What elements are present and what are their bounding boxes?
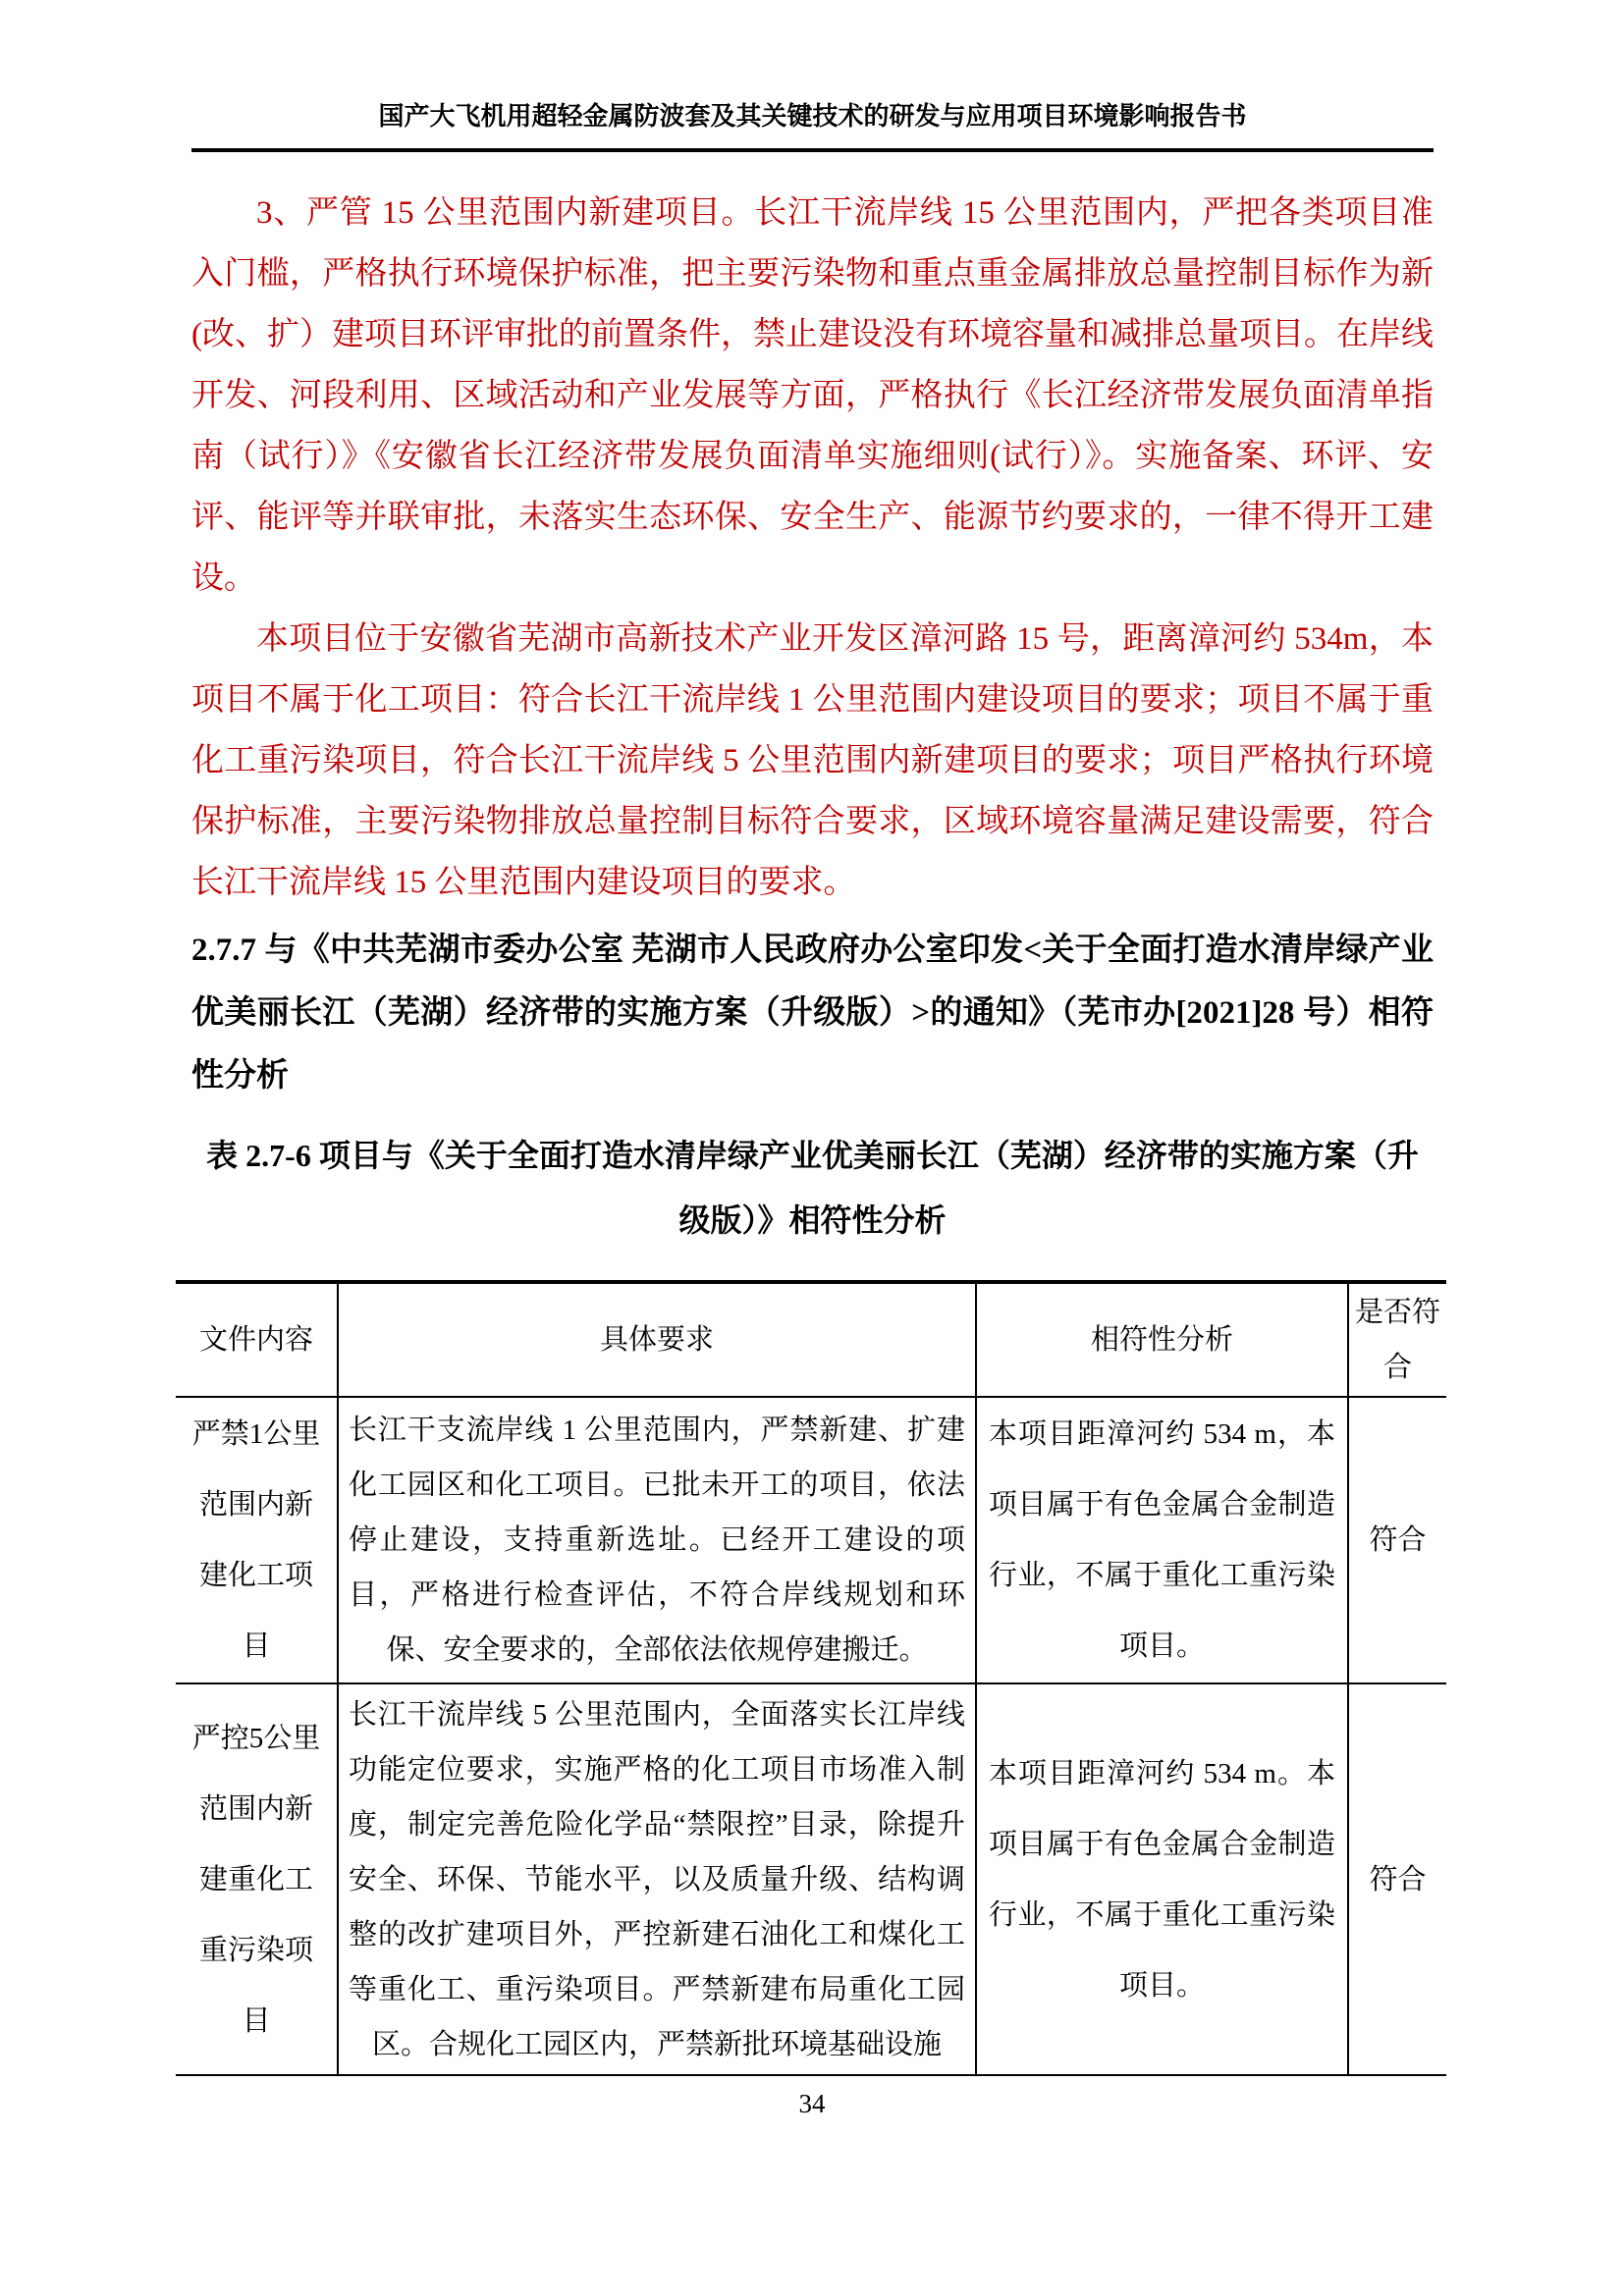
cell-conformity: 符合 — [1348, 1397, 1446, 1683]
cell-conformity: 符合 — [1348, 1683, 1446, 2075]
paragraph-regulation-15km: 3、严管 15 公里范围内新建项目。长江干流岸线 15 公里范围内，严把各类项目… — [191, 183, 1434, 609]
header-conformity: 是否符合 — [1348, 1282, 1446, 1397]
cell-doc-content: 严控5公里范围内新建重化工重污染项目 — [176, 1683, 338, 2075]
cell-doc-content: 严禁1公里范围内新建化工项目 — [176, 1397, 338, 1683]
header-rule — [191, 148, 1434, 152]
table-title: 表 2.7-6 项目与《关于全面打造水清岸绿产业优美丽长江（芜湖）经济带的实施方… — [191, 1123, 1434, 1253]
cell-analysis: 本项目距漳河约 534 m。本项目属于有色金属合金制造行业，不属于重化工重污染项… — [976, 1683, 1348, 2075]
cell-analysis: 本项目距漳河约 534 m，本项目属于有色金属合金制造行业，不属于重化工重污染项… — [976, 1397, 1348, 1683]
table-row: 严禁1公里范围内新建化工项目 长江干支流岸线 1 公里范围内，严禁新建、扩建化工… — [176, 1397, 1446, 1683]
document-page: 国产大飞机用超轻金属防波套及其关键技术的研发与应用项目环境影响报告书 3、严管 … — [0, 0, 1624, 2296]
page-header-title: 国产大飞机用超轻金属防波套及其关键技术的研发与应用项目环境影响报告书 — [191, 101, 1434, 133]
page-content: 3、严管 15 公里范围内新建项目。长江干流岸线 15 公里范围内，严把各类项目… — [191, 183, 1434, 2076]
header-doc-content: 文件内容 — [176, 1282, 338, 1397]
table-row: 严控5公里范围内新建重化工重污染项目 长江干流岸线 5 公里范围内，全面落实长江… — [176, 1683, 1446, 2075]
header-analysis: 相符性分析 — [976, 1282, 1348, 1397]
section-heading-2-7-7: 2.7.7 与《中共芜湖市委办公室 芜湖市人民政府办公室印发<关于全面打造水清岸… — [191, 919, 1434, 1107]
paragraph-project-compliance: 本项目位于安徽省芜湖市高新技术产业开发区漳河路 15 号，距离漳河约 534m，… — [191, 609, 1434, 913]
cell-requirement: 长江干支流岸线 1 公里范围内，严禁新建、扩建化工园区和化工项目。已批未开工的项… — [338, 1397, 976, 1683]
compliance-table: 文件内容 具体要求 相符性分析 是否符合 严禁1公里范围内新建化工项目 长江干支… — [176, 1280, 1446, 2076]
cell-requirement: 长江干流岸线 5 公里范围内，全面落实长江岸线功能定位要求，实施严格的化工项目市… — [338, 1683, 976, 2075]
header-requirement: 具体要求 — [338, 1282, 976, 1397]
table-header-row: 文件内容 具体要求 相符性分析 是否符合 — [176, 1282, 1446, 1397]
page-number: 34 — [0, 2089, 1624, 2119]
